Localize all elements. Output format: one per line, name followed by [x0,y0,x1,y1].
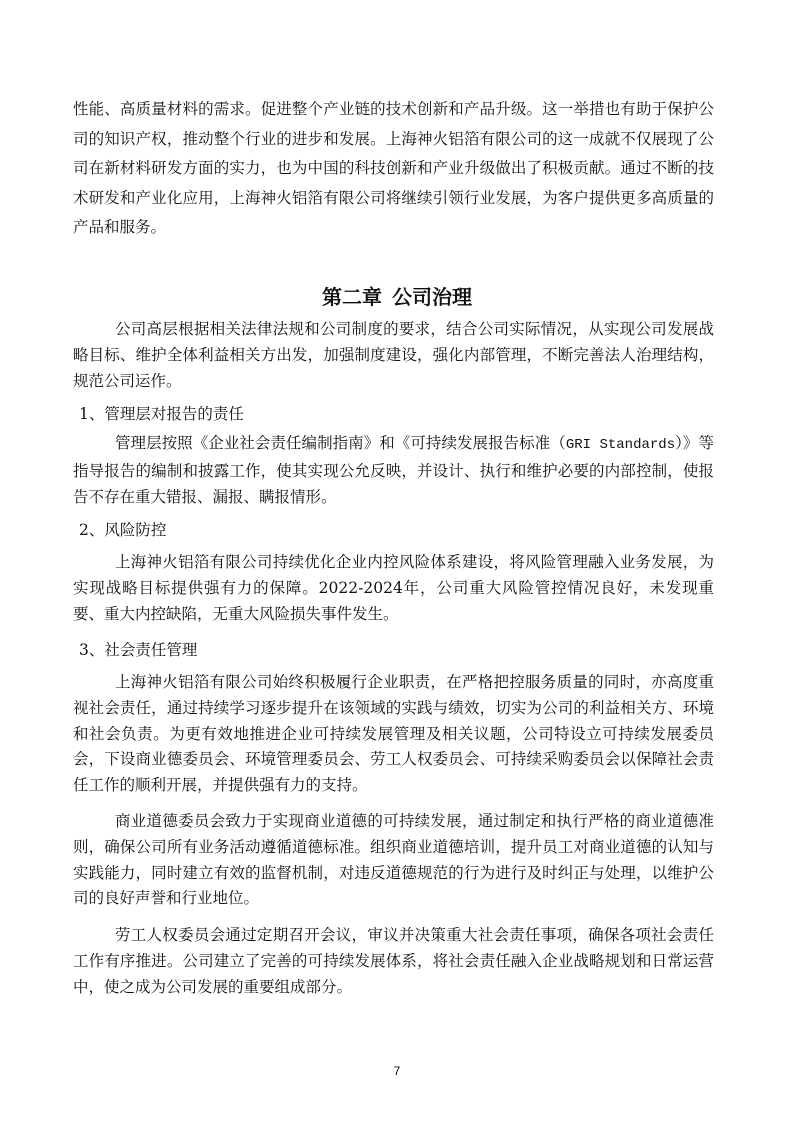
section-3-paragraph-2: 商业道德委员会致力于实现商业道德的可持续发展，通过制定和执行严格的商业道德准则，… [73,809,714,912]
section-2-paragraph: 上海神火铝箔有限公司持续优化企业内控风险体系建设，将风险管理融入业务发展，为实现… [73,550,714,627]
chapter-heading: 第二章公司治理 [0,284,794,310]
document-page: 性能、高质量材料的需求。促进整个产业链的技术创新和产品升级。这一举措也有助于保护… [0,0,794,1123]
section-heading-1: 1、管理层对报告的责任 [73,402,720,428]
section-3-paragraph-3: 劳工人权委员会通过定期召开会议，审议并决策重大社会责任事项，确保各项社会责任工作… [73,923,714,1000]
gri-standards-text: GRI Standards [566,437,675,453]
section-3-paragraph-1: 上海神火铝箔有限公司始终积极履行企业职责，在严格把控服务质量的同时，亦高度重视社… [73,670,714,799]
section-1-paragraph: 管理层按照《企业社会责任编制指南》和《可持续发展报告标准（GRI Standar… [73,431,714,510]
section-heading-2: 2、风险防控 [73,518,720,544]
section-heading-3: 3、社会责任管理 [73,638,720,664]
chapter-number: 第二章 [322,285,382,309]
intro-paragraph: 公司高层根据相关法律法规和公司制度的要求，结合公司实际情况，从实现公司发展战略目… [73,317,714,394]
paragraph-text: 管理层按照《企业社会责任编制指南》和《可持续发展报告标准（ [115,434,566,452]
chapter-title: 公司治理 [392,285,472,309]
page-number: 7 [0,1064,794,1078]
continued-paragraph: 性能、高质量材料的需求。促进整个产业链的技术创新和产品升级。这一举措也有助于保护… [73,95,714,243]
